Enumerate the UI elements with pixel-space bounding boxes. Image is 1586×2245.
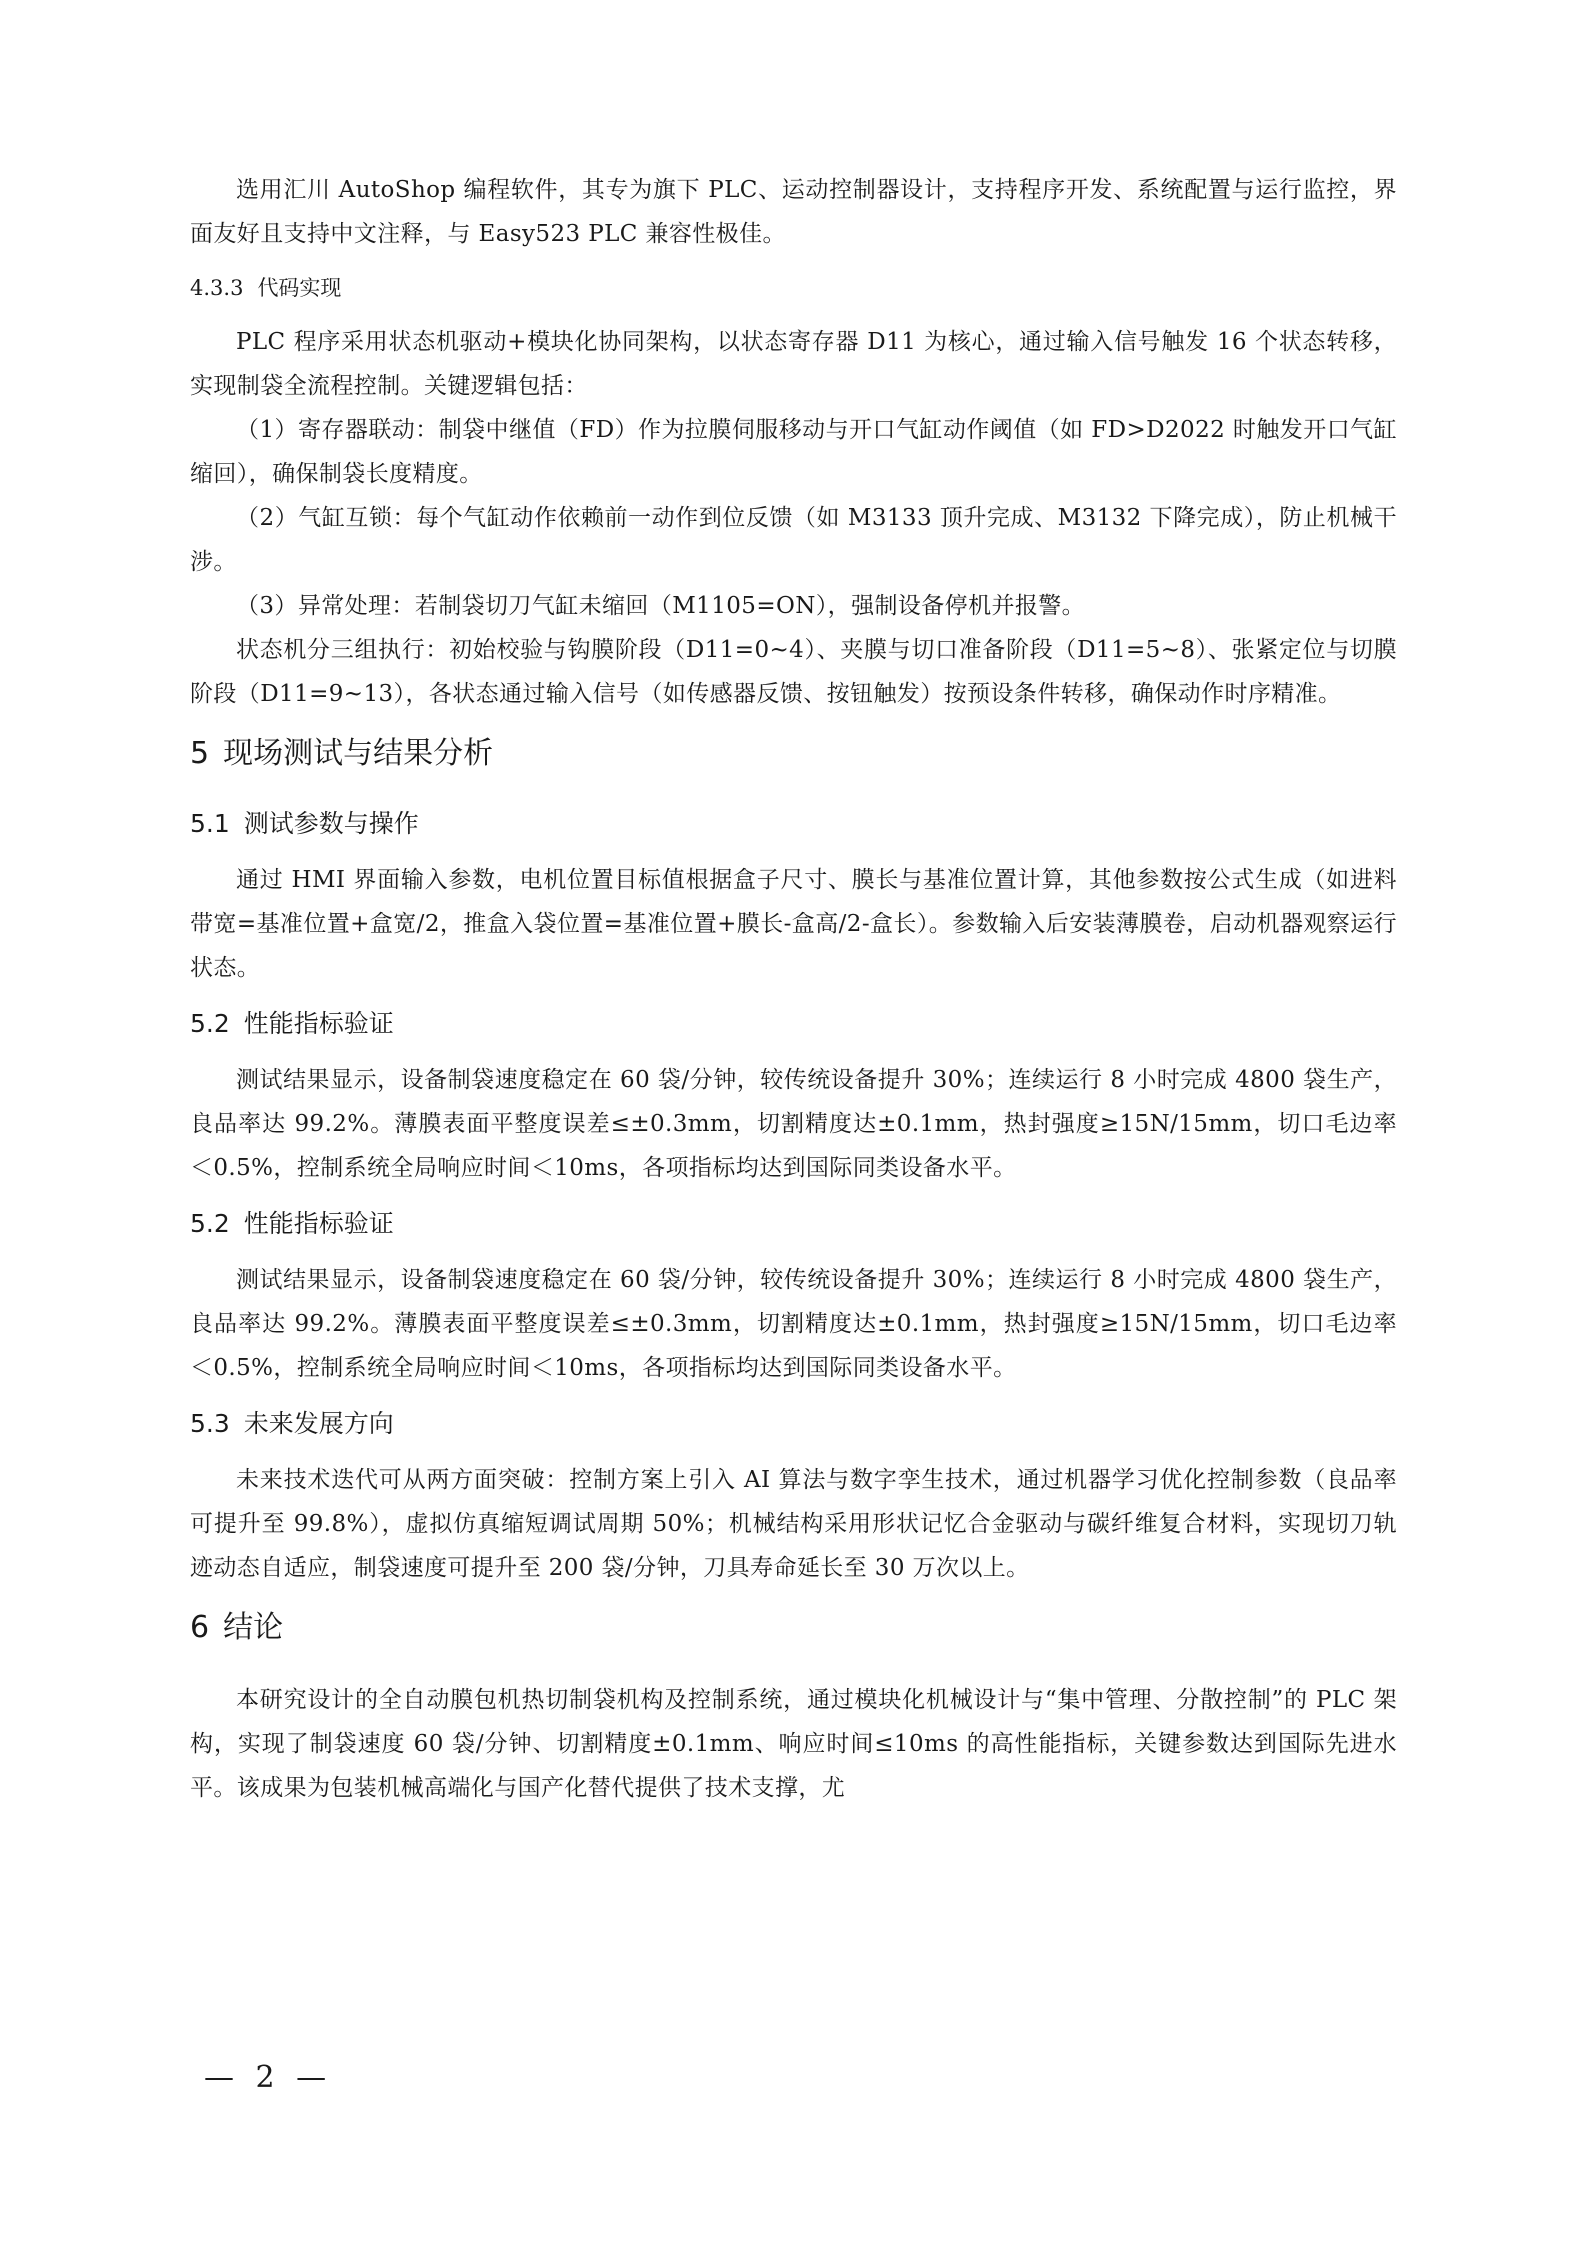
- page-number: — 2 —: [204, 2060, 332, 2095]
- logic-item-3: （3）异常处理：若制袋切刀气缸未缩回（M1105=ON），强制设备停机并报警。: [190, 584, 1397, 628]
- performance-paragraph-duplicate: 测试结果显示，设备制袋速度稳定在 60 袋/分钟，较传统设备提升 30%；连续运…: [190, 1258, 1397, 1390]
- heading-number: 5: [190, 736, 209, 771]
- heading-number: 4.3.3: [190, 276, 243, 300]
- page-content: 选用汇川 AutoShop 编程软件，其专为旗下 PLC、运动控制器设计，支持程…: [190, 168, 1397, 1810]
- heading-title: 测试参数与操作: [244, 809, 419, 838]
- heading-title: 代码实现: [257, 276, 341, 300]
- performance-paragraph: 测试结果显示，设备制袋速度稳定在 60 袋/分钟，较传统设备提升 30%；连续运…: [190, 1058, 1397, 1190]
- heading-title: 结论: [223, 1610, 283, 1645]
- intro-paragraph: 选用汇川 AutoShop 编程软件，其专为旗下 PLC、运动控制器设计，支持程…: [190, 168, 1397, 256]
- heading-title: 性能指标验证: [244, 1209, 394, 1238]
- heading-5-3: 5.3未来发展方向: [190, 1404, 1397, 1444]
- heading-title: 性能指标验证: [244, 1009, 394, 1038]
- test-params-paragraph: 通过 HMI 界面输入参数，电机位置目标值根据盒子尺寸、膜长与基准位置计算，其他…: [190, 858, 1397, 990]
- heading-title: 现场测试与结果分析: [223, 736, 493, 771]
- heading-6: 6结论: [190, 1606, 1397, 1650]
- code-impl-paragraph: PLC 程序采用状态机驱动+模块化协同架构，以状态寄存器 D11 为核心，通过输…: [190, 320, 1397, 408]
- logic-item-2: （2）气缸互锁：每个气缸动作依赖前一动作到位反馈（如 M3133 顶升完成、M3…: [190, 496, 1397, 584]
- heading-4-3-3: 4.3.3代码实现: [190, 268, 1397, 308]
- heading-title: 未来发展方向: [244, 1409, 394, 1438]
- heading-number: 5.2: [190, 1009, 230, 1038]
- heading-number: 5.3: [190, 1409, 230, 1438]
- heading-5-1: 5.1测试参数与操作: [190, 804, 1397, 844]
- heading-5-2-duplicate: 5.2性能指标验证: [190, 1204, 1397, 1244]
- heading-number: 5.2: [190, 1209, 230, 1238]
- heading-number: 5.1: [190, 809, 230, 838]
- logic-item-1: （1）寄存器联动：制袋中继值（FD）作为拉膜伺服移动与开口气缸动作阈值（如 FD…: [190, 408, 1397, 496]
- heading-number: 6: [190, 1610, 209, 1645]
- conclusion-paragraph: 本研究设计的全自动膜包机热切制袋机构及控制系统，通过模块化机械设计与“集中管理、…: [190, 1678, 1397, 1810]
- heading-5-2: 5.2性能指标验证: [190, 1004, 1397, 1044]
- document-page: 选用汇川 AutoShop 编程软件，其专为旗下 PLC、运动控制器设计，支持程…: [0, 0, 1586, 2245]
- state-machine-paragraph: 状态机分三组执行：初始校验与钩膜阶段（D11=0~4）、夹膜与切口准备阶段（D1…: [190, 628, 1397, 716]
- future-paragraph: 未来技术迭代可从两方面突破：控制方案上引入 AI 算法与数字孪生技术，通过机器学…: [190, 1458, 1397, 1590]
- heading-5: 5现场测试与结果分析: [190, 732, 1397, 776]
